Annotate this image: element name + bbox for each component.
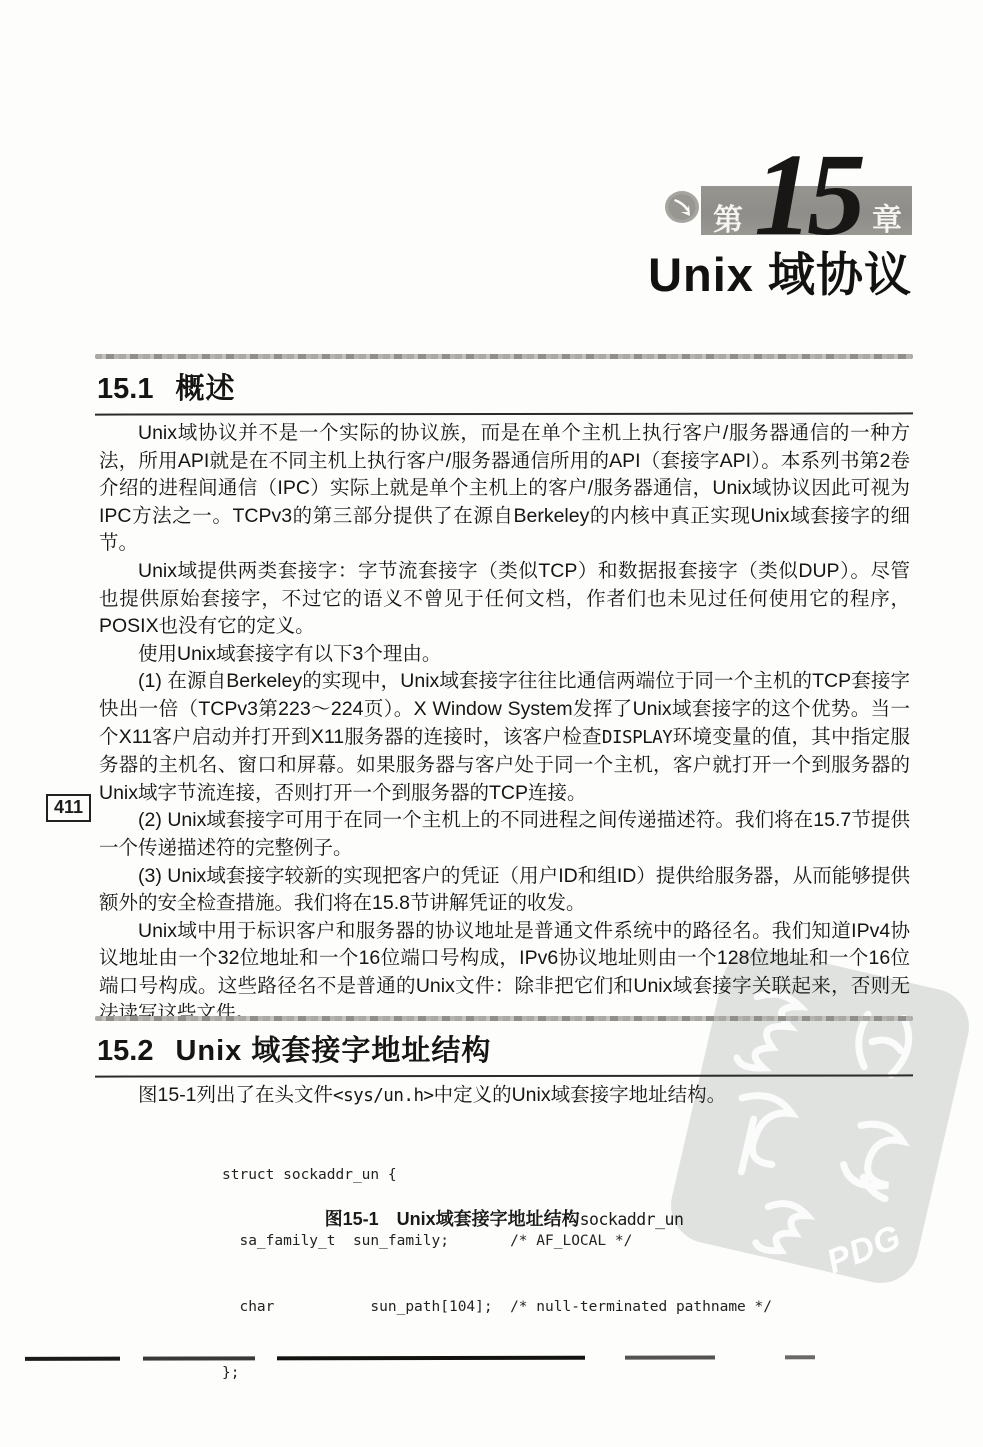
- section-title: Unix 域套接字地址结构: [175, 1028, 491, 1069]
- section-title: 概述: [175, 366, 235, 407]
- body-paragraph-figure-intro: 图15-1列出了在头文件<sys/un.h>中定义的Unix域套接字地址结构。: [99, 1082, 910, 1111]
- section-number: 15.1: [97, 373, 153, 406]
- chapter-header: 第 章 15 Unix 域协议: [0, 0, 983, 310]
- body-paragraph-item-2: (2) Unix域套接字可用于在同一个主机上的不同进程之间传递描述符。我们将在1…: [99, 807, 910, 862]
- header-file-path: <sys/un.h>: [333, 1086, 434, 1106]
- code-line: };: [222, 1362, 772, 1384]
- figure-caption-text: Unix域套接字地址结构: [397, 1209, 580, 1229]
- code-line: char sun_path[104]; /* null-terminated p…: [222, 1296, 772, 1318]
- item1-code-display: DISPLAY: [602, 728, 672, 748]
- body-paragraph: Unix域中用于标识客户和服务器的协议地址是普通文件系统中的路径名。我们知道IP…: [99, 918, 910, 1028]
- body-paragraph: 使用Unix域套接字有以下3个理由。: [99, 641, 910, 669]
- scanned-book-page: PDG 第 章 15 Unix 域协议 15.1 概述 Unix域协议并不是一个…: [0, 0, 983, 1447]
- figure-caption-code: sockaddr_un: [580, 1210, 684, 1229]
- section-number: 15.2: [97, 1035, 153, 1068]
- sockaddr-un-code-block: struct sockaddr_un { sa_family_t sun_fam…: [222, 1120, 772, 1428]
- figure-caption: 图15-1Unix域套接字地址结构sockaddr_un: [95, 1205, 913, 1231]
- section-15-1-body: Unix域协议并不是一个实际的协议族，而是在单个主机上执行客户/服务器通信的一种…: [99, 420, 910, 1028]
- section-15-2-body: 图15-1列出了在头文件<sys/un.h>中定义的Unix域套接字地址结构。: [99, 1082, 910, 1111]
- intro-text-b: 中定义的Unix域套接字地址结构。: [434, 1084, 727, 1106]
- code-line: struct sockaddr_un {: [222, 1164, 772, 1186]
- body-paragraph-item-1: (1) 在源自Berkeley的实现中，Unix域套接字往往比通信两端位于同一个…: [99, 668, 910, 807]
- chapter-number: 15: [742, 136, 872, 254]
- body-paragraph: Unix域协议并不是一个实际的协议族，而是在单个主机上执行客户/服务器通信的一种…: [99, 420, 910, 558]
- chapter-suffix-label: 章: [872, 195, 902, 239]
- figure-label: 图15-1: [325, 1209, 379, 1229]
- section-heading-15-1: 15.1 概述: [95, 354, 913, 415]
- body-paragraph-item-3: (3) Unix域套接字较新的实现把客户的凭证（用户ID和组ID）提供给服务器，…: [99, 863, 910, 918]
- heading-rule-bottom: [95, 412, 913, 415]
- code-line: sa_family_t sun_family; /* AF_LOCAL */: [222, 1230, 772, 1252]
- body-paragraph: Unix域提供两类套接字：字节流套接字（类似TCP）和数据报套接字（类似DUP）…: [99, 558, 910, 641]
- page-number-badge: 411: [46, 794, 91, 822]
- section-heading-15-2: 15.2 Unix 域套接字地址结构: [95, 1016, 913, 1077]
- chapter-arrow-icon: [664, 190, 700, 224]
- intro-text-a: 图15-1列出了在头文件: [138, 1084, 333, 1106]
- chapter-prefix-label: 第: [713, 195, 743, 239]
